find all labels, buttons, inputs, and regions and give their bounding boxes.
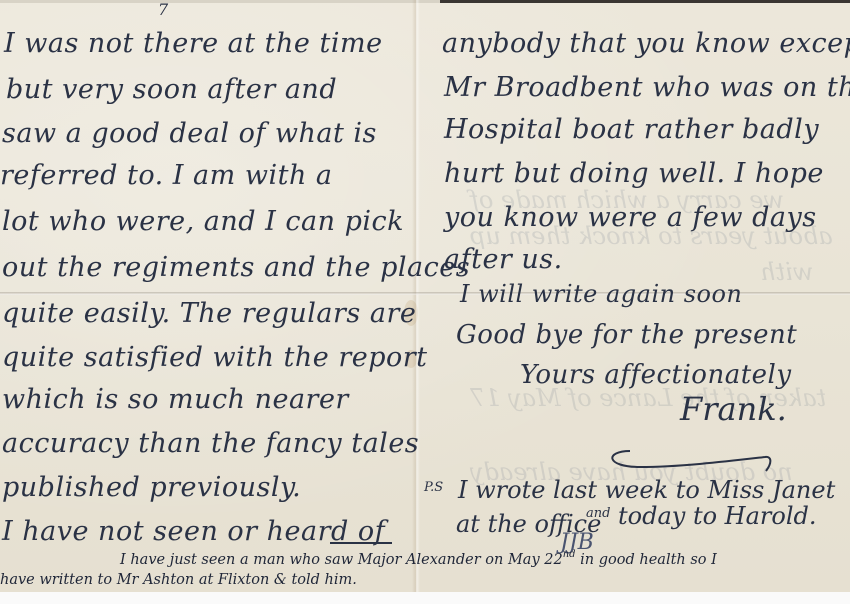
letter-line: quite easily. The regulars are	[2, 298, 416, 329]
letter-line: lot who were, and I can pick	[2, 206, 404, 237]
letter-line: after us.	[444, 244, 563, 275]
letter-line: you know were a few days	[444, 202, 817, 233]
letter-line: hurt but doing well. I hope	[444, 158, 824, 189]
letter-line: accuracy than the fancy tales	[2, 428, 419, 459]
letter-line: Hospital boat rather badly	[444, 114, 819, 145]
footer-note-line-1: I have just seen a man who saw Major Ale…	[120, 552, 717, 568]
letter-line: I was not there at the time	[4, 28, 383, 59]
right-page: anybody that you know except Mr Broadben…	[420, 0, 850, 592]
closing-line: Yours affectionately	[520, 360, 792, 390]
letter-line: quite satisfied with the report	[2, 342, 428, 373]
signature: Frank.	[680, 390, 787, 428]
page-number: 7	[158, 0, 168, 19]
letter-sheet: we carry a which made of about years to …	[0, 0, 850, 592]
letter-line: I have not seen or heard of	[2, 516, 385, 547]
footer-note-text: I have just seen a man who saw Major Ale…	[120, 552, 563, 568]
underline-stroke	[330, 542, 392, 544]
letter-line: which is so much nearer	[2, 384, 349, 415]
left-page: 7 I was not there at the time but very s…	[0, 0, 412, 592]
signature-flourish	[600, 445, 780, 475]
letter-line: but very soon after and	[6, 74, 337, 105]
ps-line: I wrote last week to Miss Janet	[458, 476, 835, 504]
letter-line: I will write again soon	[460, 280, 742, 308]
ps-insert-word: and	[586, 506, 610, 521]
letter-line: Good bye for the present	[456, 320, 797, 350]
footer-note-line-2: have written to Mr Ashton at Flixton & t…	[0, 572, 357, 588]
letter-line: referred to. I am with a	[0, 160, 333, 191]
letter-line: out the regiments and the places	[2, 252, 470, 283]
ps-line: today to Harold.	[618, 502, 817, 530]
ps-label: P.S	[424, 480, 443, 495]
letter-line: published previously.	[2, 472, 301, 503]
footer-note-text: in good health so I	[576, 552, 717, 568]
letter-line: anybody that you know except	[442, 28, 850, 59]
letter-line: saw a good deal of what is	[2, 118, 377, 149]
vertical-fold-crease	[412, 0, 420, 592]
scan-border	[0, 592, 850, 604]
footer-note-superscript: nd	[563, 549, 576, 560]
letter-line: Mr Broadbent who was on the	[444, 72, 850, 103]
